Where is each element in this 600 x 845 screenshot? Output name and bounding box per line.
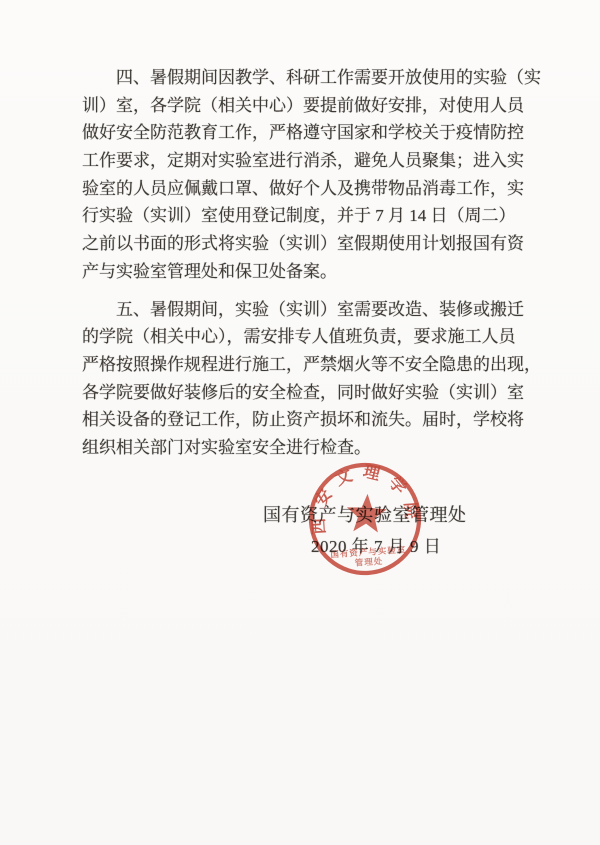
document-page: 四、暑假期间因教学、科研工作需要开放使用的实验（实 训）室，各学院（相关中心）要…: [0, 0, 600, 845]
document-body: 四、暑假期间因教学、科研工作需要开放使用的实验（实 训）室，各学院（相关中心）要…: [82, 64, 529, 462]
official-seal: 西安文理学院 国有资产与实验室 管理处: [306, 460, 428, 582]
seal-star: [346, 493, 388, 533]
seal-bottom-text-2: 管理处: [354, 556, 383, 568]
text-line: 行实验（实训）室使用登记制度，并于 7 月 14 日（周二）: [82, 202, 529, 230]
paragraph-4: 四、暑假期间因教学、科研工作需要开放使用的实验（实 训）室，各学院（相关中心）要…: [82, 64, 529, 286]
text-line: 四、暑假期间因教学、科研工作需要开放使用的实验（实: [82, 64, 529, 92]
text-line: 之前以书面的形式将实验（实训）室假期使用计划报国有资: [82, 230, 529, 258]
text-line: 相关设备的登记工作，防止资产损坏和流失。届时，学校将: [82, 406, 529, 434]
text-line: 严格按照操作规程进行施工，严禁烟火等不安全隐患的出现，: [82, 351, 529, 379]
text-line: 各学院要做好装修后的安全检查，同时做好实验（实训）室: [82, 379, 529, 407]
text-line: 产与实验室管理处和保卫处备案。: [82, 258, 529, 286]
text-line: 组织相关部门对实验室安全进行检查。: [82, 434, 529, 462]
paragraph-5: 五、暑假期间，实验（实训）室需要改造、装修或搬迁 的学院（相关中心），需安排专人…: [82, 296, 529, 462]
text-line: 五、暑假期间，实验（实训）室需要改造、装修或搬迁: [82, 296, 529, 324]
text-line: 验室的人员应佩戴口罩、做好个人及携带物品消毒工作，实: [82, 175, 529, 203]
text-line: 做好安全防范教育工作，严格遵守国家和学校关于疫情防控: [82, 119, 529, 147]
text-line: 工作要求，定期对实验室进行消杀，避免人员聚集；进入实: [82, 147, 529, 175]
text-line: 训）室，各学院（相关中心）要提前做好安排，对使用人员: [82, 92, 529, 120]
text-line: 的学院（相关中心），需安排专人值班负责，要求施工人员: [82, 323, 529, 351]
